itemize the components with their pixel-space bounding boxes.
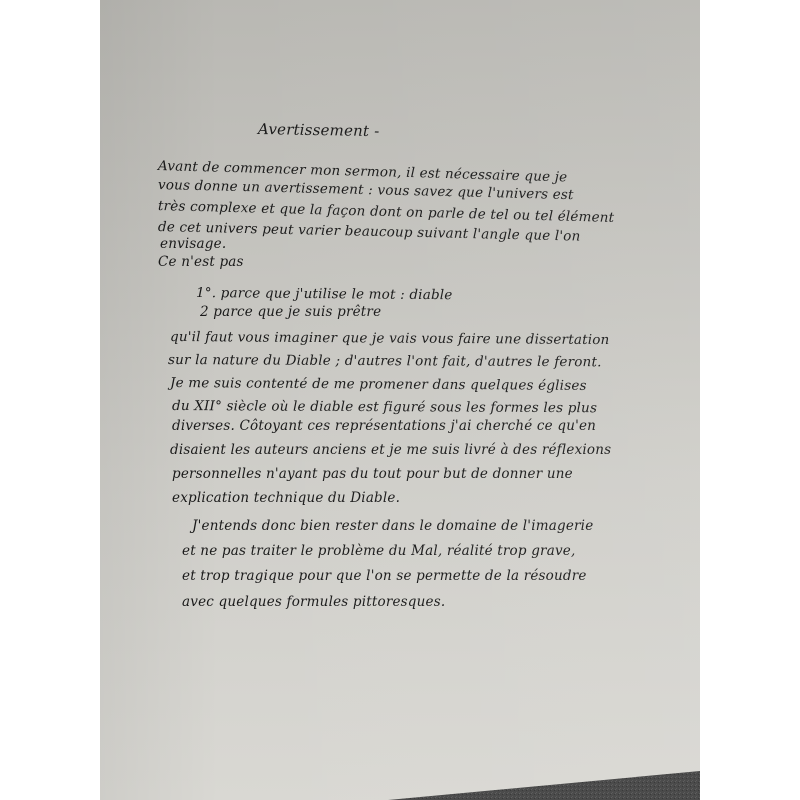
text-line: J'entends donc bien rester dans le domai…: [192, 518, 593, 534]
text-line: explication technique du Diable.: [172, 490, 400, 506]
text-line: et trop tragique pour que l'on se permet…: [182, 568, 587, 584]
text-line: qu'il faut vous imaginer que je vais vou…: [170, 329, 610, 348]
text-line: personnelles n'ayant pas du tout pour bu…: [172, 466, 573, 482]
text-line: et ne pas traiter le problème du Mal, ré…: [182, 543, 575, 559]
text-line: du XII° siècle où le diable est figuré s…: [172, 398, 597, 416]
list-item: 1°. parce que j'utilise le mot : diable: [196, 285, 453, 303]
text-line: avec quelques formules pittoresques.: [182, 594, 445, 610]
page-title: Avertissement -: [258, 120, 380, 140]
text-line: disaient les auteurs anciens et je me su…: [170, 442, 611, 458]
text-line: sur la nature du Diable ; d'autres l'ont…: [168, 352, 602, 370]
text-line: diverses. Côtoyant ces représentations j…: [172, 418, 596, 434]
text-line: envisage.: [160, 236, 226, 252]
handwritten-page: Avertissement - Avant de commencer mon s…: [100, 0, 700, 800]
text-line: Je me suis contenté de me promener dans …: [170, 375, 587, 394]
text-line: Ce n'est pas: [158, 254, 244, 270]
list-item: 2 parce que je suis prêtre: [200, 304, 381, 320]
